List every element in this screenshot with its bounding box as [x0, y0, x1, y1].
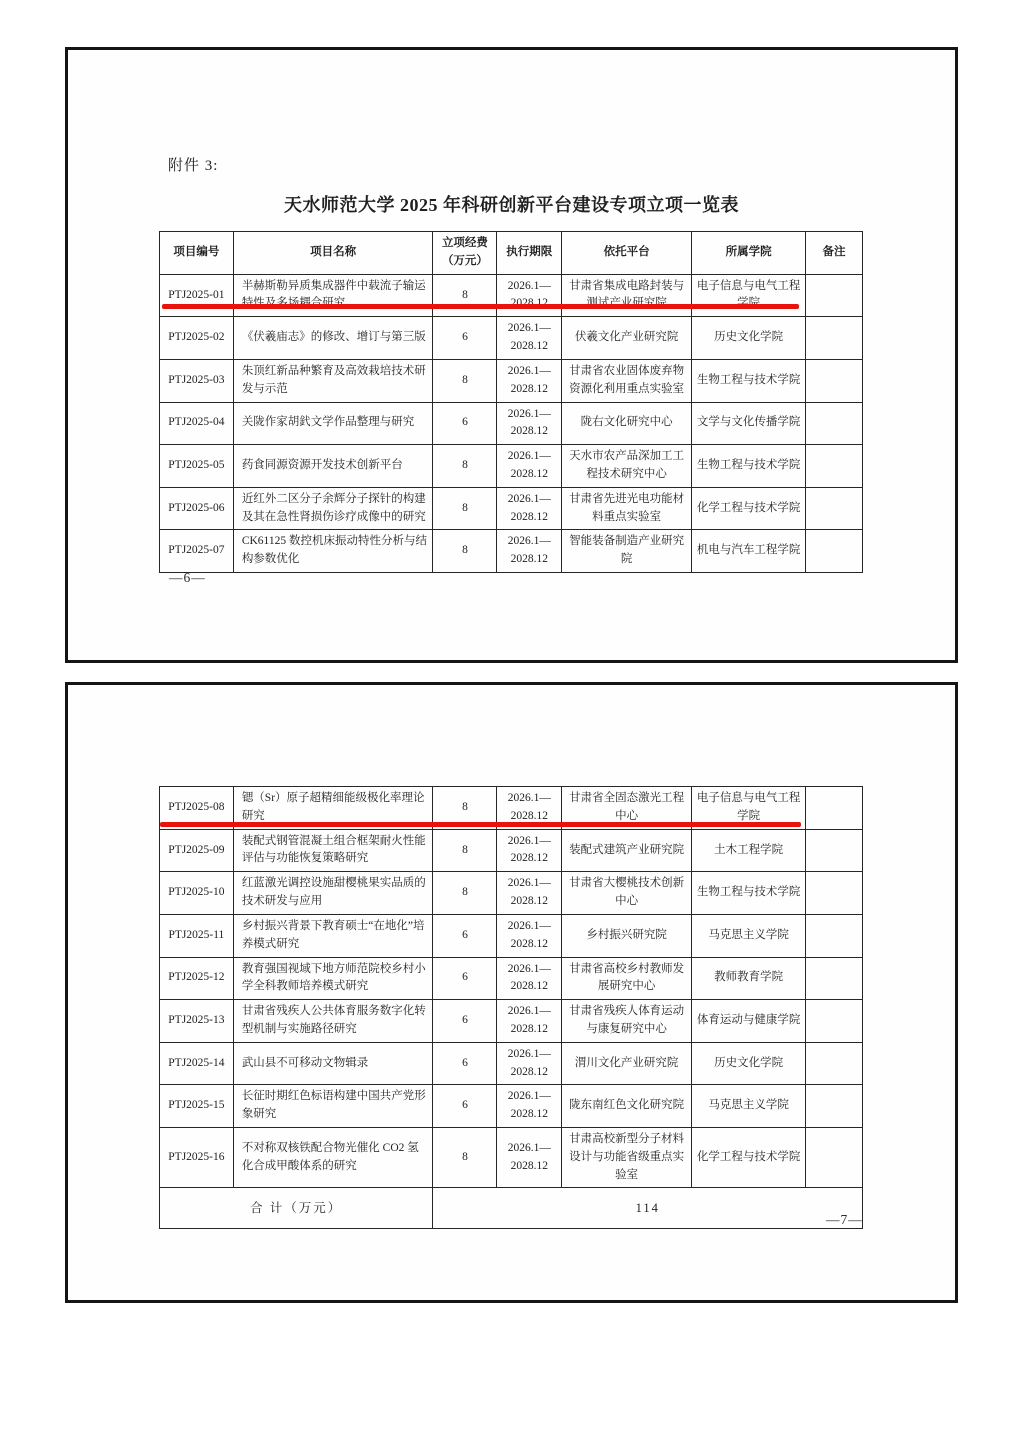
- cell-school: 化学工程与技术学院: [692, 487, 806, 530]
- cell-platform: 伏羲文化产业研究院: [562, 317, 692, 360]
- cell-platform: 渭川文化产业研究院: [562, 1042, 692, 1085]
- table-row: PTJ2025-04关陇作家胡釴文学作品整理与研究62026.1— 2028.1…: [160, 402, 863, 445]
- cell-platform: 天水市农产品深加工工程技术研究中心: [562, 445, 692, 488]
- table-row: PTJ2025-10红蓝激光调控设施甜樱桃果实品质的技术研发与应用82026.1…: [160, 872, 863, 915]
- table-row: PTJ2025-03朱顶红新品种繁育及高效栽培技术研发与示范82026.1— 2…: [160, 359, 863, 402]
- column-header: 项目编号: [160, 232, 234, 275]
- cell-note: [806, 957, 863, 1000]
- cell-project-name: 《伏羲庙志》的修改、增订与第三版: [233, 317, 433, 360]
- cell-period: 2026.1— 2028.12: [497, 445, 562, 488]
- cell-project-id: PTJ2025-04: [160, 402, 234, 445]
- cell-school: 电子信息与电气工程学院: [692, 274, 806, 317]
- table-row: PTJ2025-13甘肃省残疾人公共体育服务数字化转型机制与实施路径研究6202…: [160, 1000, 863, 1043]
- cell-period: 2026.1— 2028.12: [497, 872, 562, 915]
- cell-project-id: PTJ2025-06: [160, 487, 234, 530]
- page-number: —6—: [169, 570, 206, 586]
- column-header: 所属学院: [692, 232, 806, 275]
- cell-project-id: PTJ2025-03: [160, 359, 234, 402]
- cell-school: 土木工程学院: [692, 829, 806, 872]
- cell-fund: 6: [433, 317, 497, 360]
- project-table-page-1: 项目编号项目名称立项经费 （万元）执行期限依托平台所属学院备注 PTJ2025-…: [159, 231, 863, 573]
- cell-platform: 陇东南红色文化研究院: [562, 1085, 692, 1128]
- cell-fund: 6: [433, 914, 497, 957]
- column-header: 执行期限: [497, 232, 562, 275]
- red-highlight-underline: [162, 304, 799, 309]
- total-label: 合 计（万元）: [160, 1188, 433, 1229]
- cell-platform: 陇右文化研究中心: [562, 402, 692, 445]
- cell-project-name: 长征时期红色标语构建中国共产党形象研究: [233, 1085, 433, 1128]
- column-header: 立项经费 （万元）: [433, 232, 497, 275]
- cell-project-name: 关陇作家胡釴文学作品整理与研究: [233, 402, 433, 445]
- cell-platform: 乡村振兴研究院: [562, 914, 692, 957]
- table-row: PTJ2025-05药食同源资源开发技术创新平台82026.1— 2028.12…: [160, 445, 863, 488]
- column-header: 备注: [806, 232, 863, 275]
- cell-platform: 装配式建筑产业研究院: [562, 829, 692, 872]
- cell-fund: 8: [433, 872, 497, 915]
- cell-school: 化学工程与技术学院: [692, 1128, 806, 1188]
- cell-note: [806, 317, 863, 360]
- cell-fund: 8: [433, 1128, 497, 1188]
- cell-period: 2026.1— 2028.12: [497, 317, 562, 360]
- cell-platform: 甘肃高校新型分子材料设计与功能省级重点实验室: [562, 1128, 692, 1188]
- cell-platform: 甘肃省先进光电功能材料重点实验室: [562, 487, 692, 530]
- total-row: 合 计（万元） 114: [160, 1188, 863, 1229]
- cell-project-id: PTJ2025-05: [160, 445, 234, 488]
- cell-platform: 甘肃省大樱桃技术创新中心: [562, 872, 692, 915]
- cell-note: [806, 274, 863, 317]
- cell-school: 机电与汽车工程学院: [692, 530, 806, 573]
- total-value: 114: [433, 1188, 863, 1229]
- table-row: PTJ2025-07CK61125 数控机床振动特性分析与结构参数优化82026…: [160, 530, 863, 573]
- cell-note: [806, 872, 863, 915]
- cell-period: 2026.1— 2028.12: [497, 957, 562, 1000]
- table-row: PTJ2025-11乡村振兴背景下教育硕士“在地化”培养模式研究62026.1—…: [160, 914, 863, 957]
- cell-project-id: PTJ2025-14: [160, 1042, 234, 1085]
- table-header: 项目编号项目名称立项经费 （万元）执行期限依托平台所属学院备注: [160, 232, 863, 275]
- cell-school: 生物工程与技术学院: [692, 872, 806, 915]
- cell-project-name: 朱顶红新品种繁育及高效栽培技术研发与示范: [233, 359, 433, 402]
- cell-project-id: PTJ2025-01: [160, 274, 234, 317]
- cell-school: 生物工程与技术学院: [692, 359, 806, 402]
- cell-project-id: PTJ2025-02: [160, 317, 234, 360]
- cell-period: 2026.1— 2028.12: [497, 402, 562, 445]
- cell-period: 2026.1— 2028.12: [497, 530, 562, 573]
- table-row: PTJ2025-06近红外二区分子余辉分子探针的构建及其在急性肾损伤诊疗成像中的…: [160, 487, 863, 530]
- cell-project-name: 教育强国视域下地方师范院校乡村小学全科教师培养模式研究: [233, 957, 433, 1000]
- table-row: PTJ2025-16不对称双核铁配合物光催化 CO2 氢化合成甲酸体系的研究82…: [160, 1128, 863, 1188]
- cell-platform: 甘肃省集成电路封装与测试产业研究院: [562, 274, 692, 317]
- cell-fund: 8: [433, 829, 497, 872]
- cell-period: 2026.1— 2028.12: [497, 914, 562, 957]
- cell-project-name: 装配式钢管混凝土组合框架耐火性能评估与功能恢复策略研究: [233, 829, 433, 872]
- cell-period: 2026.1— 2028.12: [497, 1042, 562, 1085]
- cell-note: [806, 445, 863, 488]
- cell-project-id: PTJ2025-13: [160, 1000, 234, 1043]
- cell-note: [806, 1128, 863, 1188]
- cell-note: [806, 402, 863, 445]
- cell-note: [806, 487, 863, 530]
- cell-project-name: 甘肃省残疾人公共体育服务数字化转型机制与实施路径研究: [233, 1000, 433, 1043]
- cell-project-id: PTJ2025-11: [160, 914, 234, 957]
- cell-note: [806, 787, 863, 830]
- cell-project-id: PTJ2025-16: [160, 1128, 234, 1188]
- table-row: PTJ2025-02《伏羲庙志》的修改、增订与第三版62026.1— 2028.…: [160, 317, 863, 360]
- cell-school: 教师教育学院: [692, 957, 806, 1000]
- document-page-1: 附件 3: 天水师范大学 2025 年科研创新平台建设专项立项一览表 项目编号项…: [65, 47, 958, 663]
- cell-project-name: 红蓝激光调控设施甜樱桃果实品质的技术研发与应用: [233, 872, 433, 915]
- cell-fund: 8: [433, 530, 497, 573]
- cell-school: 历史文化学院: [692, 1042, 806, 1085]
- cell-note: [806, 1085, 863, 1128]
- cell-project-name: 武山县不可移动文物辑录: [233, 1042, 433, 1085]
- cell-project-name: 不对称双核铁配合物光催化 CO2 氢化合成甲酸体系的研究: [233, 1128, 433, 1188]
- cell-school: 文学与文化传播学院: [692, 402, 806, 445]
- cell-period: 2026.1— 2028.12: [497, 359, 562, 402]
- cell-note: [806, 1042, 863, 1085]
- cell-period: 2026.1— 2028.12: [497, 274, 562, 317]
- table-row: PTJ2025-15长征时期红色标语构建中国共产党形象研究62026.1— 20…: [160, 1085, 863, 1128]
- cell-fund: 8: [433, 359, 497, 402]
- cell-fund: 6: [433, 1042, 497, 1085]
- cell-project-id: PTJ2025-12: [160, 957, 234, 1000]
- cell-platform: 甘肃省高校乡村教师发展研究中心: [562, 957, 692, 1000]
- cell-fund: 8: [433, 445, 497, 488]
- cell-fund: 6: [433, 402, 497, 445]
- cell-school: 马克思主义学院: [692, 1085, 806, 1128]
- cell-period: 2026.1— 2028.12: [497, 1128, 562, 1188]
- cell-note: [806, 359, 863, 402]
- cell-note: [806, 530, 863, 573]
- table-row: PTJ2025-14武山县不可移动文物辑录62026.1— 2028.12渭川文…: [160, 1042, 863, 1085]
- table-row: PTJ2025-01半赫斯勒异质集成器件中载流子输运特性及多场耦合研究82026…: [160, 274, 863, 317]
- cell-school: 马克思主义学院: [692, 914, 806, 957]
- document-page-2: PTJ2025-08锶（Sr）原子超精细能级极化率理论研究82026.1— 20…: [65, 682, 958, 1303]
- cell-school: 历史文化学院: [692, 317, 806, 360]
- table-row: PTJ2025-12教育强国视域下地方师范院校乡村小学全科教师培养模式研究620…: [160, 957, 863, 1000]
- cell-school: 体育运动与健康学院: [692, 1000, 806, 1043]
- cell-project-name: 乡村振兴背景下教育硕士“在地化”培养模式研究: [233, 914, 433, 957]
- red-highlight-underline: [160, 822, 801, 827]
- cell-school: 生物工程与技术学院: [692, 445, 806, 488]
- table-header-row: 项目编号项目名称立项经费 （万元）执行期限依托平台所属学院备注: [160, 232, 863, 275]
- cell-platform: 甘肃省农业固体废弃物资源化利用重点实验室: [562, 359, 692, 402]
- attachment-label: 附件 3:: [168, 154, 218, 175]
- cell-project-name: 半赫斯勒异质集成器件中载流子输运特性及多场耦合研究: [233, 274, 433, 317]
- cell-fund: 6: [433, 1085, 497, 1128]
- cell-fund: 6: [433, 957, 497, 1000]
- cell-fund: 8: [433, 274, 497, 317]
- document-title: 天水师范大学 2025 年科研创新平台建设专项立项一览表: [68, 191, 955, 217]
- column-header: 项目名称: [233, 232, 433, 275]
- column-header: 依托平台: [562, 232, 692, 275]
- cell-platform: 智能装备制造产业研究院: [562, 530, 692, 573]
- cell-fund: 8: [433, 487, 497, 530]
- cell-period: 2026.1— 2028.12: [497, 829, 562, 872]
- cell-project-id: PTJ2025-07: [160, 530, 234, 573]
- cell-fund: 6: [433, 1000, 497, 1043]
- cell-project-name: 药食同源资源开发技术创新平台: [233, 445, 433, 488]
- cell-note: [806, 914, 863, 957]
- cell-project-id: PTJ2025-09: [160, 829, 234, 872]
- cell-period: 2026.1— 2028.12: [497, 1085, 562, 1128]
- cell-period: 2026.1— 2028.12: [497, 487, 562, 530]
- cell-project-name: CK61125 数控机床振动特性分析与结构参数优化: [233, 530, 433, 573]
- cell-note: [806, 1000, 863, 1043]
- cell-period: 2026.1— 2028.12: [497, 1000, 562, 1043]
- cell-platform: 甘肃省残疾人体育运动与康复研究中心: [562, 1000, 692, 1043]
- table-row: PTJ2025-09装配式钢管混凝土组合框架耐火性能评估与功能恢复策略研究820…: [160, 829, 863, 872]
- cell-note: [806, 829, 863, 872]
- page-number: —7—: [826, 1212, 863, 1228]
- cell-project-id: PTJ2025-10: [160, 872, 234, 915]
- cell-project-id: PTJ2025-15: [160, 1085, 234, 1128]
- project-table-page-2: PTJ2025-08锶（Sr）原子超精细能级极化率理论研究82026.1— 20…: [159, 786, 863, 1229]
- cell-project-name: 近红外二区分子余辉分子探针的构建及其在急性肾损伤诊疗成像中的研究: [233, 487, 433, 530]
